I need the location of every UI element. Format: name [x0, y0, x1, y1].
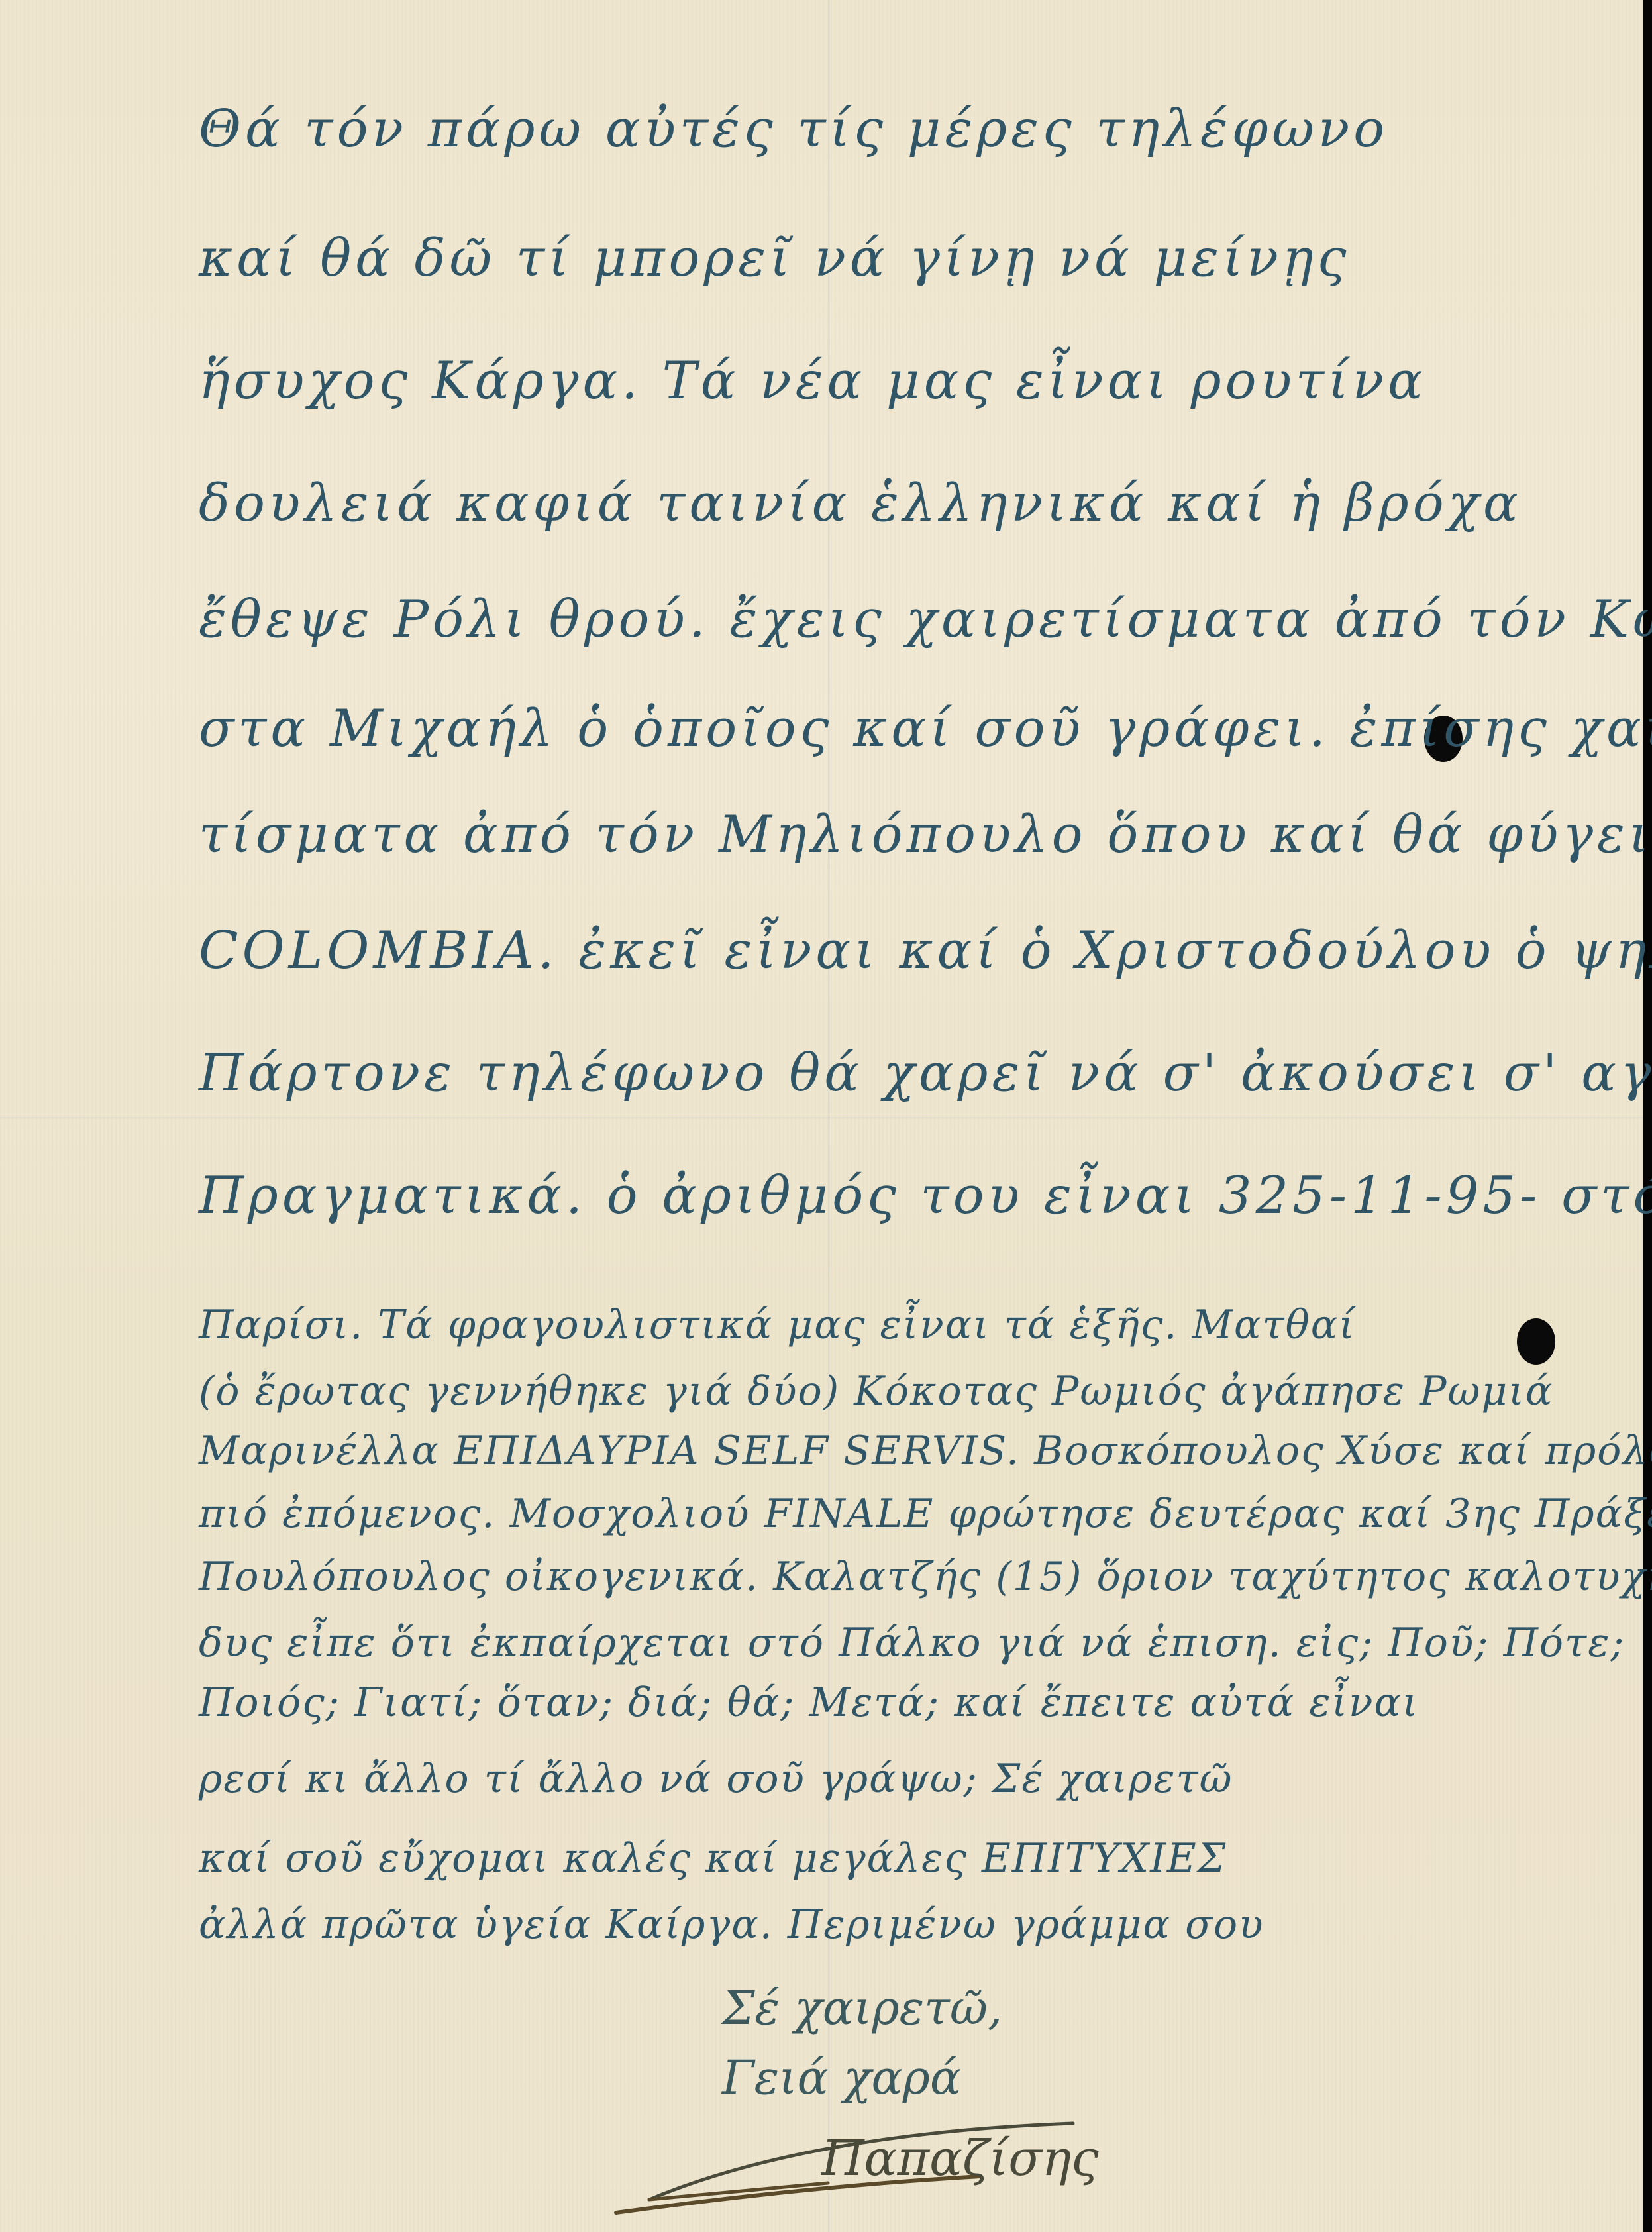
closing-farewell: Γειά χαρά — [722, 2050, 961, 2105]
letter-line: (ὁ ἔρωτας γεννήθηκε γιά δύο) Κόκοτας Ρωμ… — [199, 1368, 1553, 1414]
letter-line: δυς εἶπε ὅτι ἐκπαίρχεται στό Πάλκο γιά ν… — [199, 1620, 1626, 1666]
horizontal-fold-crease — [0, 1117, 1643, 1119]
letter-line: πιό ἐπόμενος. Μοσχολιού FINALE φρώτησε δ… — [199, 1491, 1652, 1537]
punch-hole-lower — [1517, 1318, 1555, 1365]
letter-line: δουλειά καφιά ταινία ἑλληνικά καί ἡ βρόχ… — [199, 474, 1522, 533]
letter-line: COLOMBIA. ἐκεῖ εἶναι καί ὁ Χριστοδούλου … — [199, 921, 1652, 981]
letter-line: ἔθεψε Ρόλι θρού. ἔχεις χαιρετίσματα ἀπό … — [199, 590, 1652, 649]
letter-line: ἥσυχος Κάργα. Τά νέα μας εἶναι ρουτίνα — [199, 351, 1427, 411]
letter-line: Παρίσι. Τά φραγουλιστικά μας εἶναι τά ἑξ… — [199, 1302, 1356, 1348]
letter-line: Πραγματικά. ὁ ἀριθμός του εἶναι 325-11-9… — [199, 1166, 1652, 1226]
letter-line: ρεσί κι ἄλλο τί ἄλλο νά σοῦ γράψω; Σέ χα… — [199, 1756, 1233, 1802]
letter-line: Θά τόν πάρω αὐτές τίς μέρες τηλέφωνο — [199, 99, 1388, 159]
letter-line: Μαρινέλλα ΕΠΙΔΑΥΡΙΑ SELF SERVIS. Βοσκόπο… — [199, 1428, 1652, 1474]
letter-line: καί σοῦ εὔχομαι καλές καί μεγάλες ΕΠΙΤΥΧ… — [199, 1835, 1227, 1882]
letter-line: στα Μιχαήλ ὁ ὁποῖος καί σοῦ γράφει. ἐπίσ… — [199, 699, 1652, 759]
scan-edge — [1643, 0, 1652, 2232]
letter-line: Ποιός; Γιατί; ὅταν; διά; θά; Μετά; καί ἔ… — [199, 1679, 1420, 1726]
letter-line: καί θά δῶ τί μπορεῖ νά γίνῃ νά μείνῃς — [199, 229, 1350, 288]
letter-line: ἀλλά πρῶτα ὑγεία Καίργα. Περιμένω γράμμα… — [199, 1901, 1265, 1948]
letter-line: Πάρτονε τηλέφωνο θά χαρεῖ νά σ' ἀκούσει … — [199, 1043, 1652, 1103]
closing-greeting: Σέ χαιρετῶ, — [722, 1981, 1002, 2035]
letter-line: Πουλόπουλος οἰκογενικά. Καλατζής (15) ὅρ… — [199, 1554, 1652, 1600]
letter-paper — [0, 0, 1643, 2232]
signature: Παπαζίσης — [821, 2130, 1099, 2187]
letter-line: τίσματα ἀπό τόν Μηλιόπουλο ὅπου καί θά φ… — [199, 805, 1652, 865]
vertical-fold-crease — [828, 0, 830, 2232]
